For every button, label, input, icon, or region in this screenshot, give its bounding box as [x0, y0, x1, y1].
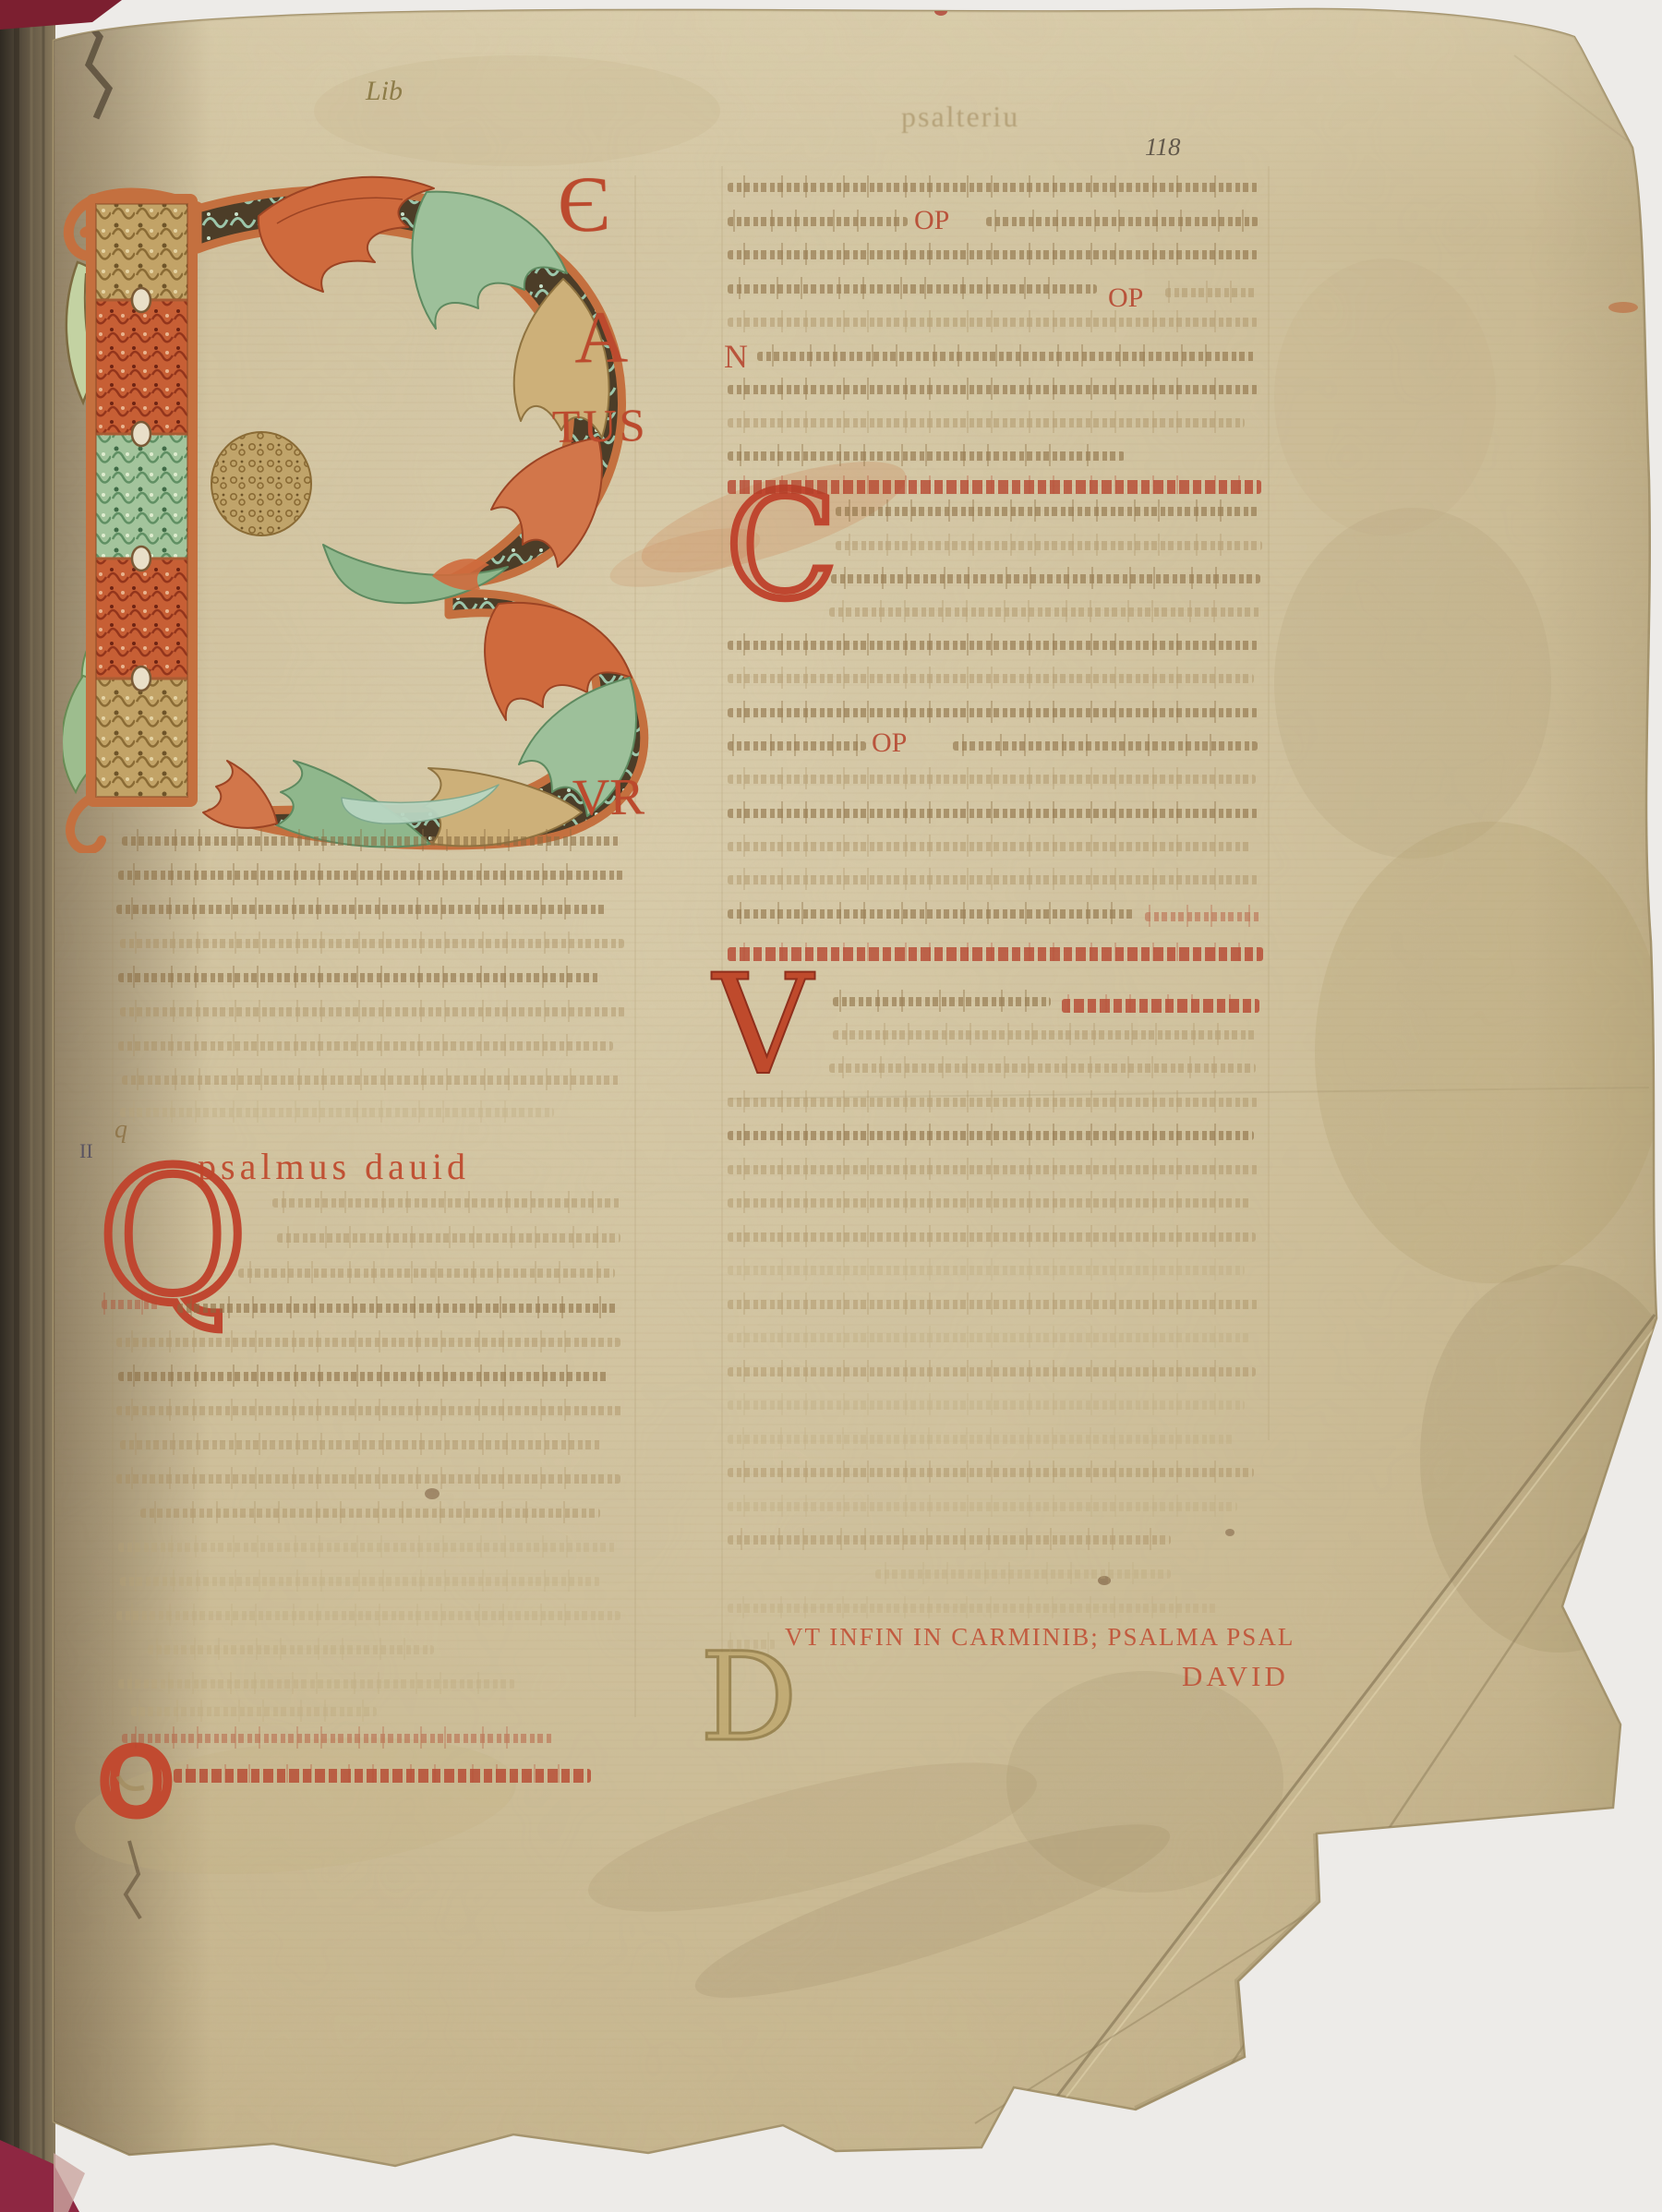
red-abbrev-op-3: OP	[872, 729, 907, 757]
script-line	[728, 183, 1259, 192]
parchment	[0, 0, 1662, 2212]
script-line	[122, 1076, 620, 1085]
script-line	[728, 641, 1259, 650]
script-line	[728, 385, 1259, 394]
rubric-line	[122, 1734, 554, 1743]
red-abbrev-op-1: OP	[914, 207, 949, 234]
script-line	[728, 318, 1259, 327]
script-line	[728, 451, 1125, 461]
pen-initials: Q C V O D	[0, 0, 1662, 2212]
beatus-vr: VR	[572, 771, 645, 823]
script-line	[120, 1440, 602, 1449]
script-line	[728, 250, 1259, 259]
script-line	[122, 836, 620, 846]
script-line	[728, 1604, 1219, 1613]
script-line	[272, 1198, 621, 1208]
finial-scroll	[68, 193, 198, 256]
script-line	[116, 1338, 620, 1347]
script-line	[728, 1333, 1249, 1342]
script-line	[836, 541, 1262, 550]
rubric-line	[1145, 912, 1261, 921]
script-line	[757, 352, 1256, 361]
script-line	[120, 1577, 600, 1586]
psalm-number: II	[79, 1141, 93, 1161]
script-line	[831, 574, 1260, 583]
script-line	[986, 217, 1259, 226]
book-cover-bottom	[0, 2140, 79, 2212]
folio-number: 118	[1145, 135, 1181, 160]
illuminated-initial-b	[63, 159, 661, 853]
initial-o: O	[100, 1731, 173, 1834]
script-line	[829, 607, 1261, 617]
rubric-david: DAVID	[1182, 1662, 1289, 1690]
rubric-line	[728, 947, 1263, 961]
upper-bowl-band	[198, 190, 622, 584]
initial-d: D	[700, 1627, 798, 1769]
script-line	[120, 1007, 626, 1016]
script-line	[728, 418, 1245, 427]
script-line	[728, 1131, 1254, 1140]
script-line	[728, 1098, 1259, 1107]
rubric-line	[1062, 999, 1259, 1013]
script-line	[728, 1198, 1252, 1208]
rubric-line	[728, 480, 1261, 494]
manuscript-photo: Q C V O D Libpsalteriu118ЄATUSVRpsalmus …	[0, 0, 1662, 2212]
margin-note-q: q	[114, 1117, 127, 1143]
script-line	[118, 973, 600, 982]
script-line	[728, 674, 1254, 683]
script-line	[177, 1304, 619, 1313]
script-line	[728, 1165, 1259, 1174]
script-line	[728, 1401, 1245, 1410]
binding-gutter	[0, 0, 122, 2212]
script-line	[728, 1435, 1234, 1444]
script-line	[728, 1232, 1256, 1242]
script-line	[131, 1707, 377, 1716]
script-line	[728, 1535, 1171, 1545]
script-line	[728, 1502, 1237, 1511]
text-layer: Libpsalteriu118ЄATUSVRpsalmus dauidIIqOP…	[0, 0, 1662, 2212]
beatus-a: A	[573, 301, 628, 376]
initial-v: V	[711, 945, 815, 1106]
script-line	[238, 1268, 615, 1278]
script-line	[728, 842, 1252, 851]
script-line	[277, 1233, 620, 1243]
script-line	[836, 507, 1259, 516]
rubric-psalmus-david: psalmus dauid	[198, 1148, 470, 1185]
initial-c: C	[726, 462, 837, 631]
running-title: psalteriu	[901, 102, 1019, 131]
script-line	[829, 1064, 1256, 1073]
crack-bottom-left	[126, 1841, 140, 1918]
script-line	[728, 708, 1259, 717]
leaf-ornament	[66, 262, 121, 403]
initial-q: Q	[98, 1130, 247, 1343]
script-line	[953, 741, 1258, 751]
script-line	[728, 741, 866, 751]
script-line	[1165, 288, 1258, 297]
script-line	[118, 1679, 515, 1689]
script-line	[728, 775, 1256, 784]
script-line	[728, 1367, 1256, 1376]
book-cover-top	[0, 0, 122, 30]
beatus-tus: TUS	[552, 402, 648, 450]
photo-background	[0, 0, 1662, 2212]
script-line	[118, 1041, 613, 1051]
script-line	[116, 905, 608, 914]
red-abbrev-op-2: OP	[1108, 284, 1143, 312]
rubric-line	[102, 1300, 161, 1309]
script-line	[120, 939, 624, 948]
script-line	[118, 871, 624, 880]
script-line	[728, 1300, 1259, 1309]
rubric-in-carminibus: VT INFIN IN CARMINIB; PSALMA PSAL	[785, 1625, 1295, 1650]
script-line	[728, 809, 1259, 818]
script-line	[120, 1108, 554, 1117]
script-line	[118, 1543, 617, 1552]
ruling-lines	[113, 166, 1269, 1726]
stains	[68, 6, 1662, 2027]
script-line	[833, 1030, 1258, 1040]
script-line	[875, 1569, 1171, 1579]
lower-bowl-band	[211, 594, 644, 846]
script-line	[728, 875, 1259, 884]
script-line	[728, 284, 1097, 294]
library-mark: Lib	[366, 78, 403, 105]
stem	[86, 194, 198, 807]
fold-creases	[728, 55, 1662, 2212]
script-line	[116, 1406, 622, 1415]
beatus-e: Є	[557, 164, 610, 245]
acanthus-leaves	[203, 177, 636, 848]
rubric-line	[174, 1769, 591, 1783]
script-line	[728, 1266, 1245, 1275]
script-line	[116, 1611, 620, 1620]
script-line	[728, 909, 1134, 919]
script-line	[728, 217, 908, 226]
tear-mark-top	[81, 15, 109, 118]
script-line	[118, 1372, 609, 1381]
red-initial-n: N	[724, 340, 748, 373]
script-line	[728, 1468, 1254, 1477]
script-line	[148, 1645, 434, 1654]
script-line	[116, 1474, 620, 1484]
script-line	[728, 1640, 776, 1649]
script-line	[140, 1509, 600, 1518]
script-line	[833, 997, 1051, 1006]
